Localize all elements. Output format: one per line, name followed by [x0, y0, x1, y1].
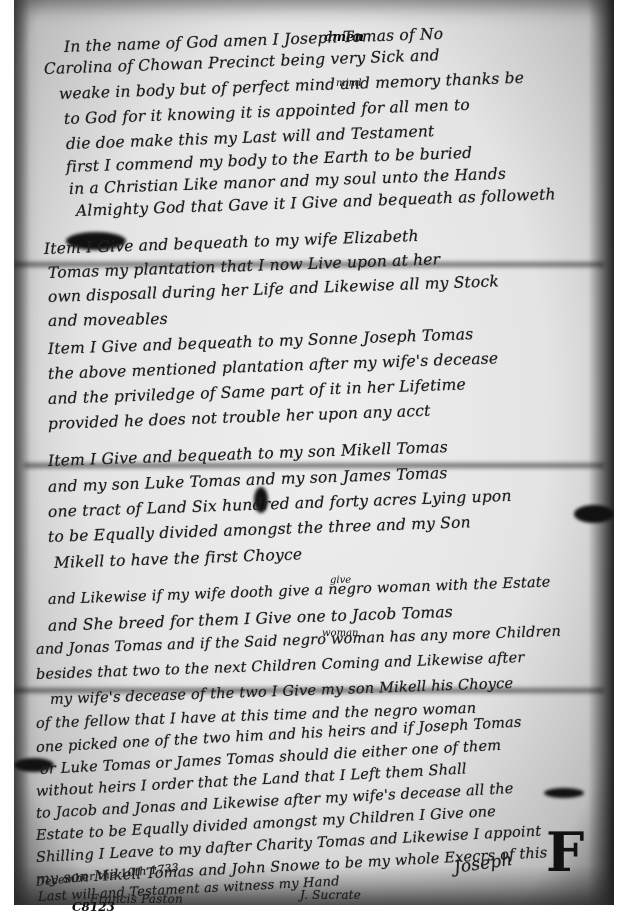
testator-mark: F — [546, 820, 584, 884]
will-line: provided he does not trouble her upon an… — [48, 402, 431, 433]
will-line: and moveables — [48, 310, 168, 330]
ink-blot — [544, 788, 584, 798]
will-line: Mikell to have the first Choyce — [54, 545, 303, 572]
ink-blot — [574, 505, 614, 523]
manuscript-page: amen mind woman give In the name of God … — [14, 0, 614, 905]
catalog-number: C8123 — [72, 900, 115, 914]
page-shadow-right — [588, 0, 614, 905]
will-line: and Likewise if my wife dooth give a neg… — [48, 574, 551, 608]
witness-signature: J. Sucrate — [300, 888, 361, 902]
